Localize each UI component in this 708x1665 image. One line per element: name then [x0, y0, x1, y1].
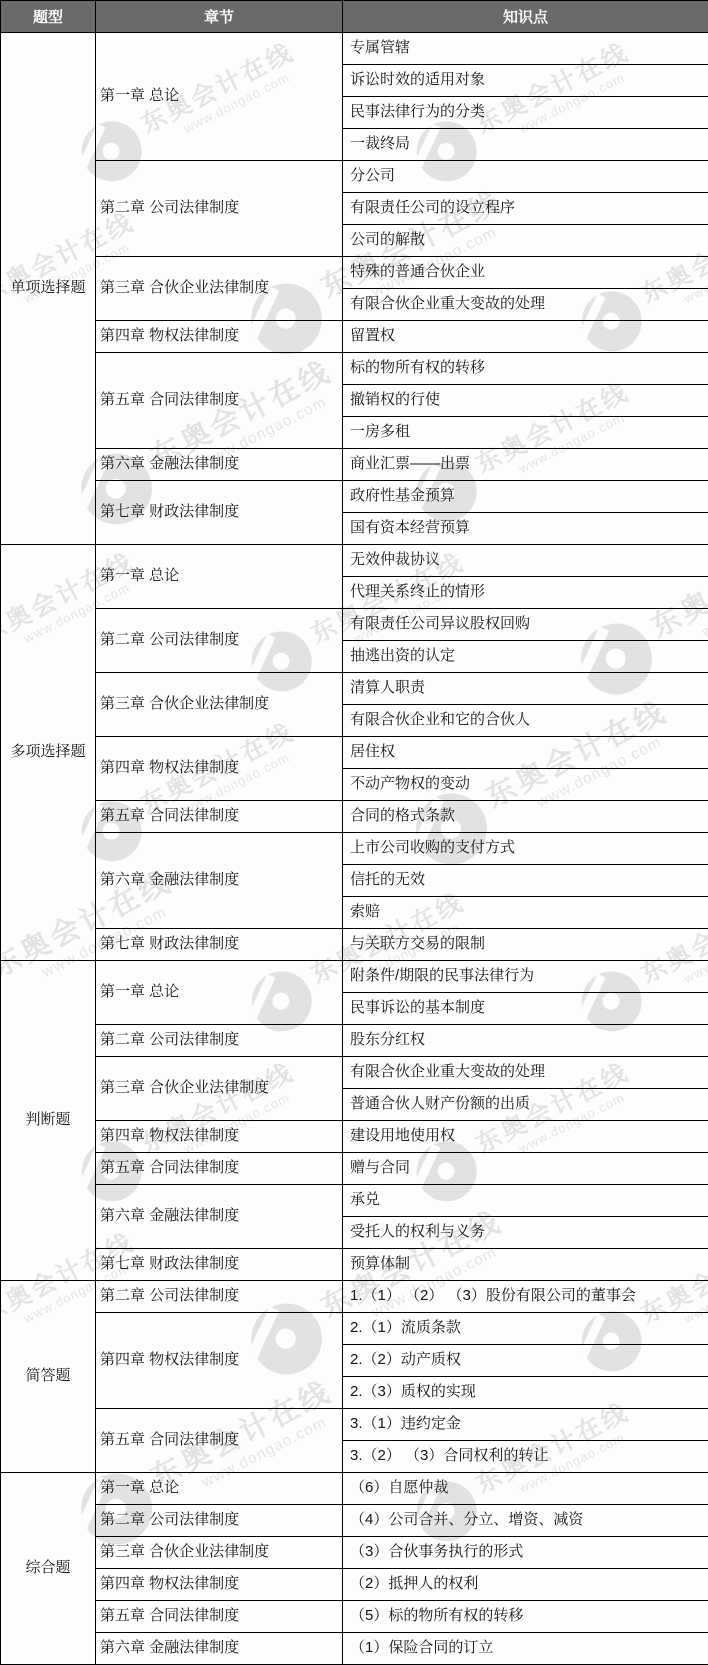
table-row: 判断题第一章 总论附条件/期限的民事法律行为: [1, 961, 708, 993]
table-row: 简答题第二章 公司法律制度1.（1） （2） （3）股份有限公司的董事会: [1, 1281, 708, 1313]
knowledge-point-cell: 承兑: [343, 1185, 708, 1217]
table-row: 第二章 公司法律制度股东分红权: [1, 1025, 708, 1057]
table-row: 第四章 物权法律制度2.（1）流质条款: [1, 1313, 708, 1345]
knowledge-point-cell: 股东分红权: [343, 1025, 708, 1057]
table-row: 第七章 财政法律制度政府性基金预算: [1, 481, 708, 513]
table-row: 第六章 金融法律制度商业汇票——出票: [1, 449, 708, 481]
knowledge-point-cell: 代理关系终止的情形: [343, 577, 708, 609]
chapter-cell: 第二章 公司法律制度: [96, 161, 343, 257]
knowledge-point-cell: 商业汇票——出票: [343, 449, 708, 481]
header-question-type: 题型: [1, 1, 96, 33]
question-type-cell: 综合题: [1, 1473, 96, 1665]
table-row: 第五章 合同法律制度赠与合同: [1, 1153, 708, 1185]
chapter-cell: 第四章 物权法律制度: [96, 737, 343, 801]
table-row: 第三章 合伙企业法律制度（3）合伙事务执行的形式: [1, 1537, 708, 1569]
knowledge-point-cell: 分公司: [343, 161, 708, 193]
chapter-cell: 第二章 公司法律制度: [96, 1025, 343, 1057]
knowledge-point-cell: 一裁终局: [343, 129, 708, 161]
table-row: 第四章 物权法律制度建设用地使用权: [1, 1121, 708, 1153]
knowledge-point-cell: 建设用地使用权: [343, 1121, 708, 1153]
table-row: 第二章 公司法律制度有限责任公司异议股权回购: [1, 609, 708, 641]
chapter-cell: 第五章 合同法律制度: [96, 801, 343, 833]
table-row: 第五章 合同法律制度3.（1）违约定金: [1, 1409, 708, 1441]
chapter-cell: 第一章 总论: [96, 1473, 343, 1505]
knowledge-point-cell: 3.（1）违约定金: [343, 1409, 708, 1441]
knowledge-point-cell: 信托的无效: [343, 865, 708, 897]
table-row: 第三章 合伙企业法律制度清算人职责: [1, 673, 708, 705]
table-row: 第六章 金融法律制度（1）保险合同的订立: [1, 1633, 708, 1665]
knowledge-point-cell: 受托人的权利与义务: [343, 1217, 708, 1249]
knowledge-point-cell: （1）保险合同的订立: [343, 1633, 708, 1665]
question-type-cell: 简答题: [1, 1281, 96, 1473]
table-row: 第二章 公司法律制度分公司: [1, 161, 708, 193]
knowledge-point-cell: 公司的解散: [343, 225, 708, 257]
chapter-cell: 第六章 金融法律制度: [96, 833, 343, 929]
knowledge-point-cell: 不动产物权的变动: [343, 769, 708, 801]
knowledge-point-cell: 2.（2）动产质权: [343, 1345, 708, 1377]
knowledge-point-cell: （5）标的物所有权的转移: [343, 1601, 708, 1633]
chapter-cell: 第二章 公司法律制度: [96, 609, 343, 673]
knowledge-point-cell: 与关联方交易的限制: [343, 929, 708, 961]
table-row: 第五章 合同法律制度（5）标的物所有权的转移: [1, 1601, 708, 1633]
knowledge-point-cell: 预算体制: [343, 1249, 708, 1281]
knowledge-point-cell: 2.（3）质权的实现: [343, 1377, 708, 1409]
knowledge-point-cell: 1.（1） （2） （3）股份有限公司的董事会: [343, 1281, 708, 1313]
knowledge-point-cell: 民事法律行为的分类: [343, 97, 708, 129]
chapter-cell: 第七章 财政法律制度: [96, 1249, 343, 1281]
table-header: 题型 章节 知识点: [1, 1, 708, 33]
knowledge-point-cell: 有限合伙企业重大变故的处理: [343, 289, 708, 321]
knowledge-point-cell: 合同的格式条款: [343, 801, 708, 833]
chapter-cell: 第六章 金融法律制度: [96, 1185, 343, 1249]
knowledge-point-cell: 清算人职责: [343, 673, 708, 705]
chapter-cell: 第二章 公司法律制度: [96, 1505, 343, 1537]
chapter-cell: 第三章 合伙企业法律制度: [96, 1537, 343, 1569]
knowledge-point-cell: 无效仲裁协议: [343, 545, 708, 577]
chapter-cell: 第五章 合同法律制度: [96, 1601, 343, 1633]
header-knowledge-point: 知识点: [343, 1, 708, 33]
knowledge-point-cell: 有限合伙企业和它的合伙人: [343, 705, 708, 737]
table-row: 第五章 合同法律制度标的物所有权的转移: [1, 353, 708, 385]
table-row: 第七章 财政法律制度预算体制: [1, 1249, 708, 1281]
knowledge-point-cell: 诉讼时效的适用对象: [343, 65, 708, 97]
table-row: 第三章 合伙企业法律制度特殊的普通合伙企业: [1, 257, 708, 289]
table-row: 第四章 物权法律制度留置权: [1, 321, 708, 353]
knowledge-point-cell: 民事诉讼的基本制度: [343, 993, 708, 1025]
table-row: 第三章 合伙企业法律制度有限合伙企业重大变故的处理: [1, 1057, 708, 1089]
chapter-cell: 第四章 物权法律制度: [96, 1313, 343, 1409]
knowledge-point-cell: 特殊的普通合伙企业: [343, 257, 708, 289]
chapter-cell: 第六章 金融法律制度: [96, 449, 343, 481]
knowledge-point-cell: 赠与合同: [343, 1153, 708, 1185]
knowledge-point-cell: 居住权: [343, 737, 708, 769]
table-row: 第七章 财政法律制度与关联方交易的限制: [1, 929, 708, 961]
chapter-cell: 第一章 总论: [96, 545, 343, 609]
knowledge-points-table: 题型 章节 知识点 单项选择题第一章 总论专属管辖诉讼时效的适用对象民事法律行为…: [0, 0, 708, 1665]
question-type-cell: 多项选择题: [1, 545, 96, 961]
knowledge-point-cell: 有限合伙企业重大变故的处理: [343, 1057, 708, 1089]
table-row: 第六章 金融法律制度承兑: [1, 1185, 708, 1217]
knowledge-point-cell: 撤销权的行使: [343, 385, 708, 417]
knowledge-point-cell: 专属管辖: [343, 33, 708, 65]
knowledge-point-cell: 抽逃出资的认定: [343, 641, 708, 673]
chapter-cell: 第四章 物权法律制度: [96, 1569, 343, 1601]
chapter-cell: 第一章 总论: [96, 33, 343, 161]
chapter-cell: 第三章 合伙企业法律制度: [96, 257, 343, 321]
knowledge-point-cell: 有限责任公司异议股权回购: [343, 609, 708, 641]
knowledge-point-cell: 有限责任公司的设立程序: [343, 193, 708, 225]
table-row: 第四章 物权法律制度居住权: [1, 737, 708, 769]
knowledge-point-cell: 标的物所有权的转移: [343, 353, 708, 385]
knowledge-point-cell: 政府性基金预算: [343, 481, 708, 513]
knowledge-point-cell: （6）自愿仲裁: [343, 1473, 708, 1505]
question-type-cell: 判断题: [1, 961, 96, 1281]
chapter-cell: 第三章 合伙企业法律制度: [96, 1057, 343, 1121]
knowledge-point-cell: （2）抵押人的权利: [343, 1569, 708, 1601]
knowledge-point-cell: 普通合伙人财产份额的出质: [343, 1089, 708, 1121]
chapter-cell: 第一章 总论: [96, 961, 343, 1025]
chapter-cell: 第四章 物权法律制度: [96, 321, 343, 353]
table-row: 综合题第一章 总论（6）自愿仲裁: [1, 1473, 708, 1505]
chapter-cell: 第七章 财政法律制度: [96, 481, 343, 545]
table-row: 多项选择题第一章 总论无效仲裁协议: [1, 545, 708, 577]
page: { "table": { "columns": ["题型", "章节", "知识…: [0, 0, 708, 1665]
header-row: 题型 章节 知识点: [1, 1, 708, 33]
knowledge-point-cell: 索赔: [343, 897, 708, 929]
chapter-cell: 第五章 合同法律制度: [96, 1409, 343, 1473]
knowledge-point-cell: （3）合伙事务执行的形式: [343, 1537, 708, 1569]
table-row: 第五章 合同法律制度合同的格式条款: [1, 801, 708, 833]
table-body: 单项选择题第一章 总论专属管辖诉讼时效的适用对象民事法律行为的分类一裁终局第二章…: [1, 33, 708, 1665]
chapter-cell: 第五章 合同法律制度: [96, 1153, 343, 1185]
knowledge-point-cell: 国有资本经营预算: [343, 513, 708, 545]
knowledge-point-cell: 上市公司收购的支付方式: [343, 833, 708, 865]
table-row: 第六章 金融法律制度上市公司收购的支付方式: [1, 833, 708, 865]
table-row: 第四章 物权法律制度（2）抵押人的权利: [1, 1569, 708, 1601]
question-type-cell: 单项选择题: [1, 33, 96, 545]
chapter-cell: 第四章 物权法律制度: [96, 1121, 343, 1153]
knowledge-point-cell: 2.（1）流质条款: [343, 1313, 708, 1345]
knowledge-point-cell: 一房多租: [343, 417, 708, 449]
knowledge-point-cell: 留置权: [343, 321, 708, 353]
chapter-cell: 第六章 金融法律制度: [96, 1633, 343, 1665]
chapter-cell: 第三章 合伙企业法律制度: [96, 673, 343, 737]
header-chapter: 章节: [96, 1, 343, 33]
knowledge-point-cell: 3.（2） （3）合同权利的转让: [343, 1441, 708, 1473]
knowledge-point-cell: （4）公司合并、分立、增资、减资: [343, 1505, 708, 1537]
chapter-cell: 第二章 公司法律制度: [96, 1281, 343, 1313]
knowledge-point-cell: 附条件/期限的民事法律行为: [343, 961, 708, 993]
table-row: 第二章 公司法律制度（4）公司合并、分立、增资、减资: [1, 1505, 708, 1537]
table-row: 单项选择题第一章 总论专属管辖: [1, 33, 708, 65]
chapter-cell: 第七章 财政法律制度: [96, 929, 343, 961]
chapter-cell: 第五章 合同法律制度: [96, 353, 343, 449]
